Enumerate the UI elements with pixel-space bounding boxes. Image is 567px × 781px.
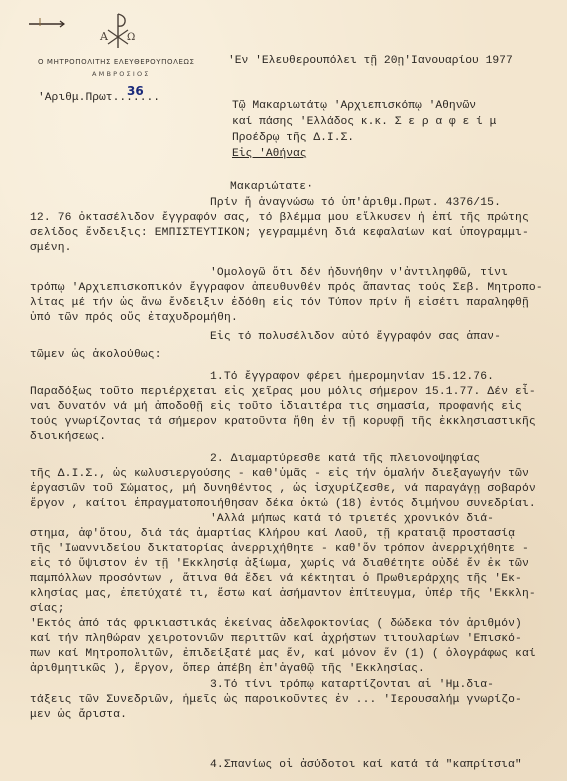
addressee-line-3: Προέδρῳ τῆς Δ.Ι.Σ. <box>232 132 354 144</box>
addressee-line-2: καί πάσης 'Ελλάδος κ.κ. Σ ε ρ α φ ε ί μ <box>232 116 496 128</box>
protocol-number: 36 <box>127 84 144 98</box>
body-line: τῆς 'Ιωαννιδείου δικτατορίας ἀνερριχήθητ… <box>30 542 529 556</box>
body-line: ναι δυνατόν νά μή ἀποδοθῇ εἰς τοῦτο ἰδια… <box>30 400 522 414</box>
body-line: ἀριθμητικῶς ), ἔργον, ὅπερ ἀπέβη ἐπ'ἀγαθ… <box>30 662 425 676</box>
letter-page: Α Ω Ο ΜΗΤΡΟΠΟΛΙΤΗΣ ΕΛΕΥΘΕΡΟΥΠΟΛΕΩΣ ΑΜΒΡΟ… <box>0 0 567 781</box>
svg-text:Ω: Ω <box>127 32 135 43</box>
body-line: μεν ὡς ἄριστα. <box>30 708 127 722</box>
body-line: ἐργασιῶν τοῦ Σώματος, μή δυνηθέντος , ὡς… <box>30 482 536 496</box>
body-line: τῆς Δ.Ι.Σ., ὡς κωλυσιεργούσης - καθ'ὑμᾶς… <box>30 467 529 481</box>
body-line: σμένη. <box>30 241 72 255</box>
addressee-line-1: Τῷ Μακαριωτάτῳ 'Αρχιεπισκόπῳ 'Αθηνῶν <box>232 100 476 112</box>
body-line: 'Ομολογῶ ὅτι δέν ἠδυνήθην ν'ἀντιληφθῶ, τ… <box>210 266 508 280</box>
body-line: τάξεις τῶν Συνεδριῶν, ἡμεῖς ὡς παροικοῦν… <box>30 693 522 707</box>
letterhead-issuer: Ο ΜΗΤΡΟΠΟΛΙΤΗΣ ΕΛΕΥΘΕΡΟΥΠΟΛΕΩΣ <box>38 58 194 66</box>
body-line: παμπόλλων προσόντων , ἅτινα θά ἔδει νά κ… <box>30 572 522 586</box>
body-line: σελίδος ἔνδειξις: ΕΜΠΙΣΤΕΥΤΙΚΟΝ; γεγραμμ… <box>30 226 529 240</box>
date-line: 'Εν 'Ελευθερουπόλει τῇ 20ῃ'Ιανουαρίου 19… <box>228 55 513 67</box>
body-line: καί τήν πληθώραν χειροτονιῶν περιττῶν κα… <box>30 632 522 646</box>
body-line: 1.Τό ἔγγραφον φέρει ἡμερομηνίαν 15.12.76… <box>210 370 494 384</box>
letterhead-name: ΑΜΒΡΟΣΙΟΣ <box>92 70 151 78</box>
body-line: Πρίν ἤ ἀναγνώσω τό ὑπ'ἀριθμ.Πρωτ. 4376/1… <box>210 196 501 210</box>
body-line: λίτας μέ τήν ὡς ἄνω ἔνδειξιν ἐδόθη εἰς τ… <box>30 296 529 310</box>
body-line: τῶμεν ὡς ἀκολούθως: <box>30 348 162 362</box>
svg-text:Α: Α <box>99 30 109 43</box>
body-line: τούς γνωρίζοντας τά σήμερον κρατοῦντα ἤθ… <box>30 415 536 429</box>
body-line: 12. 76 ὀκτασέλιδον ἔγγραφόν σας, τό βλέμ… <box>30 211 529 225</box>
body-line: τρόπῳ 'Αρχιεπισκοπικόν ἔγγραφον ἀπευθυνθ… <box>30 281 543 295</box>
body-line: Παραδόξως τοῦτο περιέρχεται εἰς χεῖρας μ… <box>30 385 536 399</box>
body-line: ἔργον , καίτοι ἐπραγματοποιήθησαν δέκα ὀ… <box>30 497 536 511</box>
body-line: 2. Διαμαρτύρεσθε κατά τῆς πλειονοψηφίας <box>210 452 480 466</box>
chi-rho-icon: Α Ω <box>98 10 138 52</box>
cross-mark-icon <box>28 16 68 28</box>
body-line: στημα, ἀφ'ὅτου, διά τάς ἁμαρτίας Κλήρου … <box>30 527 515 541</box>
body-line: εἰς τό ὕψιστον ἐν τῇ 'Εκκλησίᾳ ἀξίωμα, χ… <box>30 557 529 571</box>
body-line: 3.Τό τίνι τρόπῳ καταρτίζονται αἱ 'Ημ.δια… <box>210 678 494 692</box>
addressee-destination: Εἰς 'Αθήνας <box>232 148 307 160</box>
body-line: Εἰς τό πολυσέλιδον αὐτό ἔγγραφόν σας ἀπα… <box>210 330 501 344</box>
body-line: 4.Σπανίως οἱ ἀσύδοτοι καί κατά τά "καπρί… <box>210 758 522 772</box>
body-line: κλησίας μας, ἐπετύχατέ τι, ἔστω καί ἀσήμ… <box>30 587 536 601</box>
body-line: 'Αλλά μήπως κατά τό τριετές χρονικόν διά… <box>210 512 494 526</box>
body-line: σίας; <box>30 602 65 616</box>
salutation: Μακαριώτατε· <box>230 180 313 194</box>
body-line: ὑπό τῶν πρός οὕς ἐταχυδρομήθη. <box>30 311 238 325</box>
body-line: 'Εκτός ἀπό τάς φρικιαστικάς ἐκείνας ἀδελ… <box>30 617 522 631</box>
body-line: διοικήσεως. <box>30 430 106 444</box>
body-line: πων καί Μητροπολιτῶν, ἐπιδείξατέ μας ἕν,… <box>30 647 536 661</box>
